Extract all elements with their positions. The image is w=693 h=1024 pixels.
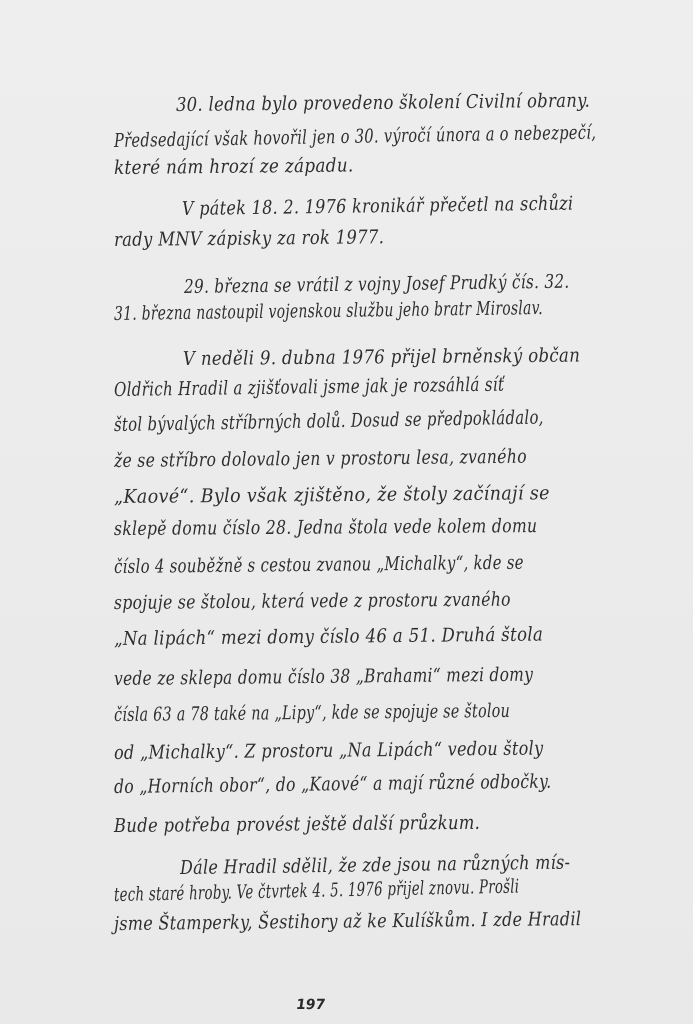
text-line: jsme Štamperky, Šestihory až ke Kulíškům… bbox=[114, 908, 582, 935]
text-line: 30. ledna bylo provedeno školení Civilní… bbox=[176, 90, 590, 116]
text-line: číslo 4 souběžně s cestou zvanou „Michal… bbox=[114, 552, 524, 578]
text-line: V neděli 9. dubna 1976 přijel brněnský o… bbox=[183, 345, 580, 370]
text-line: do „Horních obor“, do „Kaové“ a mají růz… bbox=[114, 771, 552, 798]
text-line: spojuje se štolou, která vede z prostoru… bbox=[114, 589, 511, 614]
text-line: Předsedající však hovořil jen o 30. výro… bbox=[114, 122, 597, 152]
text-line: sklepě domu číslo 28. Jedna štola vede k… bbox=[114, 515, 538, 540]
document-page: 30. ledna bylo provedeno školení Civilní… bbox=[0, 0, 693, 1024]
text-line: „Kaové“. Bylo však zjištěno, že štoly za… bbox=[114, 482, 550, 508]
text-line: 29. března se vrátil z vojny Josef Prudk… bbox=[184, 271, 570, 298]
text-line: tech staré hroby. Ve čtvrtek 4. 5. 1976 … bbox=[114, 876, 520, 906]
text-line: štol bývalých stříbrných dolů. Dosud se … bbox=[114, 407, 544, 436]
text-line: od „Michalky“. Z prostoru „Na Lipách“ ve… bbox=[114, 738, 544, 764]
page-number: 197 bbox=[295, 997, 326, 1013]
text-line: rady MNV zápisky za rok 1977. bbox=[114, 226, 384, 251]
text-line: které nám hrozí ze západu. bbox=[114, 154, 354, 179]
text-line: Bude potřeba provést ještě další průzkum… bbox=[114, 812, 480, 837]
text-line: Oldřich Hradil a zjišťovali jsme jak je … bbox=[114, 374, 505, 401]
text-line: čísla 63 a 78 také na „Lipy“, kde se spo… bbox=[114, 700, 510, 726]
text-line: že se stříbro dolovalo jen v prostoru le… bbox=[114, 446, 527, 472]
text-line: vede ze sklepa domu číslo 38 „Brahami“ m… bbox=[114, 664, 533, 690]
text-line: V pátek 18. 2. 1976 kronikář přečetl na … bbox=[182, 193, 574, 220]
text-line: 31. března nastoupil vojenskou službu je… bbox=[114, 297, 543, 325]
text-line: „Na lipách“ mezi domy číslo 46 a 51. Dru… bbox=[114, 624, 543, 650]
